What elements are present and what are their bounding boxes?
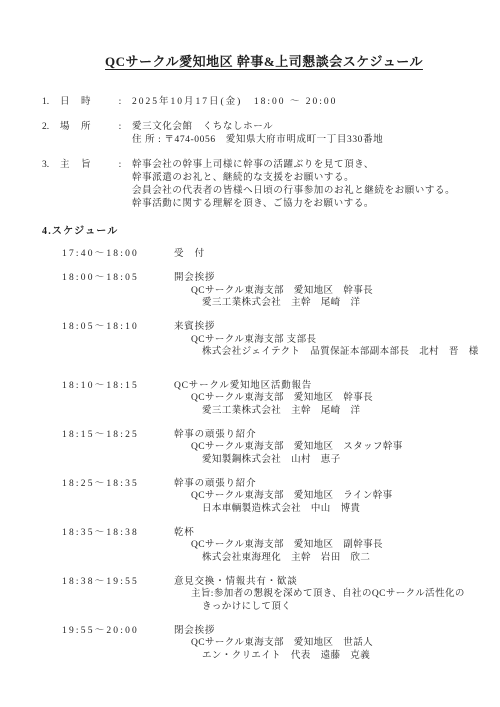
info-row-datetime: 1. 日 時 : 2025年10月17日(金) 18:00 ～ 20:00: [42, 96, 486, 109]
schedule-detail-line: 愛三工業株式会社 主幹 尾崎 洋: [202, 297, 486, 310]
purpose-line: 幹事会社の幹事上司様に幹事の活躍ぶりを見て頂き、: [132, 159, 486, 172]
schedule-item: 18:10～18:15 QCサークル愛知地区活動報告 QCサークル東海支部 愛知…: [62, 380, 486, 418]
schedule-detail-line: QCサークル東海支部 愛知地区 幹事長: [191, 392, 486, 405]
schedule-detail-line: 愛三工業株式会社 主幹 尾崎 洋: [202, 405, 486, 418]
schedule-detail-line: 株式会社ジェイテクト 品質保証本部副本部長 北村 晋 様: [202, 346, 486, 359]
schedule-detail-line: QCサークル東海支部 愛知地区 ライン幹事: [191, 490, 486, 503]
datetime-value: 2025年10月17日(金) 18:00 ～ 20:00: [132, 96, 486, 109]
venue-name: 愛三文化会館 くちなしホール: [132, 121, 486, 134]
info-colon: :: [108, 96, 132, 109]
schedule-detail-line: 株式会社東海理化 主幹 岩田 欣二: [202, 552, 486, 565]
event-block: 開会挨拶 QCサークル東海支部 愛知地区 幹事長 愛三工業株式会社 主幹 尾崎 …: [174, 272, 486, 310]
info-colon: :: [108, 159, 132, 211]
schedule-event: 意見交換・情報共有・歓談: [174, 576, 486, 589]
schedule-detail-line: QCサークル東海支部 支部長: [191, 334, 486, 347]
info-label-venue: 場 所: [60, 121, 108, 147]
schedule-detail-line: 日本車輌製造株式会社 中山 博貴: [202, 503, 486, 516]
schedule-time: 18:10～18:15: [62, 380, 174, 418]
schedule-detail-line: きっかけにして頂く: [202, 601, 486, 614]
info-lines: 愛三文化会館 くちなしホール 住 所 : 〒474-0056 愛知県大府市明成町…: [132, 121, 486, 147]
schedule-item: 17:40～18:00 受 付: [62, 248, 486, 261]
schedule-detail-line: QCサークル東海支部 愛知地区 副幹事長: [191, 539, 486, 552]
schedule-detail-line: QCサークル東海支部 愛知地区 スタッフ幹事: [191, 441, 486, 454]
venue-address: 住 所 : 〒474-0056 愛知県大府市明成町一丁目330番地: [132, 134, 486, 147]
event-block: 幹事の頑張り紹介 QCサークル東海支部 愛知地区 スタッフ幹事 愛知製鋼株式会社…: [174, 429, 486, 467]
schedule-item: 18:35～18:38 乾杯 QCサークル東海支部 愛知地区 副幹事長 株式会社…: [62, 527, 486, 565]
event-block: 受 付: [174, 248, 486, 261]
schedule-detail-line: QCサークル東海支部 愛知地区 幹事長: [191, 285, 486, 298]
schedule-time: 17:40～18:00: [62, 248, 174, 261]
purpose-line: 会員会社の代表者の皆様へ日頃の行事参加のお礼と継続をお願いする。: [132, 185, 486, 198]
event-block: 乾杯 QCサークル東海支部 愛知地区 副幹事長 株式会社東海理化 主幹 岩田 欣…: [174, 527, 486, 565]
schedule-detail-line: 主旨:参加者の懇親を深めて頂き、自社のQCサークル活性化の: [191, 588, 486, 601]
schedule-time: 18:00～18:05: [62, 272, 174, 310]
schedule-list: 17:40～18:00 受 付 18:00～18:05 開会挨拶 QCサークル東…: [62, 248, 486, 662]
event-block: QCサークル愛知地区活動報告 QCサークル東海支部 愛知地区 幹事長 愛三工業株…: [174, 380, 486, 418]
schedule-detail-line: 愛知製鋼株式会社 山村 恵子: [202, 454, 486, 467]
event-block: 幹事の頑張り紹介 QCサークル東海支部 愛知地区 ライン幹事 日本車輌製造株式会…: [174, 478, 486, 516]
schedule-section-heading: 4.スケジュール: [42, 225, 486, 238]
schedule-event: 幹事の頑張り紹介: [174, 478, 486, 491]
event-block: 意見交換・情報共有・歓談 主旨:参加者の懇親を深めて頂き、自社のQCサークル活性…: [174, 576, 486, 614]
schedule-time: 18:25～18:35: [62, 478, 174, 516]
schedule-event: 乾杯: [174, 527, 486, 540]
info-colon: :: [108, 121, 132, 147]
schedule-detail-line: エン・クリエイト 代表 遠藤 克義: [202, 650, 486, 663]
schedule-event: 閉会挨拶: [174, 625, 486, 638]
schedule-detail-line: QCサークル東海支部 愛知地区 世話人: [191, 637, 486, 650]
schedule-item: 19:55～20:00 閉会挨拶 QCサークル東海支部 愛知地区 世話人 エン・…: [62, 625, 486, 663]
schedule-item: 18:15～18:25 幹事の頑張り紹介 QCサークル東海支部 愛知地区 スタッ…: [62, 429, 486, 467]
purpose-line: 幹事派遣のお礼と、継続的な支援をお願いする。: [132, 172, 486, 185]
page-title: QCサークル愛知地区 幹事&上司懇談会スケジュール: [42, 54, 486, 70]
info-row-venue: 2. 場 所 : 愛三文化会館 くちなしホール 住 所 : 〒474-0056 …: [42, 121, 486, 147]
info-number: 2.: [42, 121, 60, 147]
info-label-purpose: 主 旨: [60, 159, 108, 211]
event-block: 閉会挨拶 QCサークル東海支部 愛知地区 世話人 エン・クリエイト 代表 遠藤 …: [174, 625, 486, 663]
info-row-purpose: 3. 主 旨 : 幹事会社の幹事上司様に幹事の活躍ぶりを見て頂き、 幹事派遣のお…: [42, 159, 486, 211]
schedule-time: 18:35～18:38: [62, 527, 174, 565]
info-section: 1. 日 時 : 2025年10月17日(金) 18:00 ～ 20:00 2.…: [42, 96, 486, 211]
info-lines: 2025年10月17日(金) 18:00 ～ 20:00: [132, 96, 486, 109]
schedule-item: 18:38～19:55 意見交換・情報共有・歓談 主旨:参加者の懇親を深めて頂き…: [62, 576, 486, 614]
schedule-event: QCサークル愛知地区活動報告: [174, 380, 486, 393]
schedule-event: 来賓挨拶: [174, 321, 486, 334]
info-number: 3.: [42, 159, 60, 211]
schedule-item: 18:25～18:35 幹事の頑張り紹介 QCサークル東海支部 愛知地区 ライン…: [62, 478, 486, 516]
schedule-time: 18:38～19:55: [62, 576, 174, 614]
schedule-time: 18:15～18:25: [62, 429, 174, 467]
schedule-time: 18:05～18:10: [62, 321, 174, 359]
info-number: 1.: [42, 96, 60, 109]
schedule-item: 18:05～18:10 来賓挨拶 QCサークル東海支部 支部長 株式会社ジェイテ…: [62, 321, 486, 359]
schedule-item: 18:00～18:05 開会挨拶 QCサークル東海支部 愛知地区 幹事長 愛三工…: [62, 272, 486, 310]
event-block: 来賓挨拶 QCサークル東海支部 支部長 株式会社ジェイテクト 品質保証本部副本部…: [174, 321, 486, 359]
schedule-event: 幹事の頑張り紹介: [174, 429, 486, 442]
info-label-datetime: 日 時: [60, 96, 108, 109]
document-page: QCサークル愛知地区 幹事&上司懇談会スケジュール 1. 日 時 : 2025年…: [0, 0, 500, 707]
purpose-line: 幹事活動に関する理解を頂き、ご協力をお願いする。: [132, 198, 486, 211]
schedule-event: 受 付: [174, 248, 486, 261]
info-lines: 幹事会社の幹事上司様に幹事の活躍ぶりを見て頂き、 幹事派遣のお礼と、継続的な支援…: [132, 159, 486, 211]
schedule-time: 19:55～20:00: [62, 625, 174, 663]
schedule-event: 開会挨拶: [174, 272, 486, 285]
